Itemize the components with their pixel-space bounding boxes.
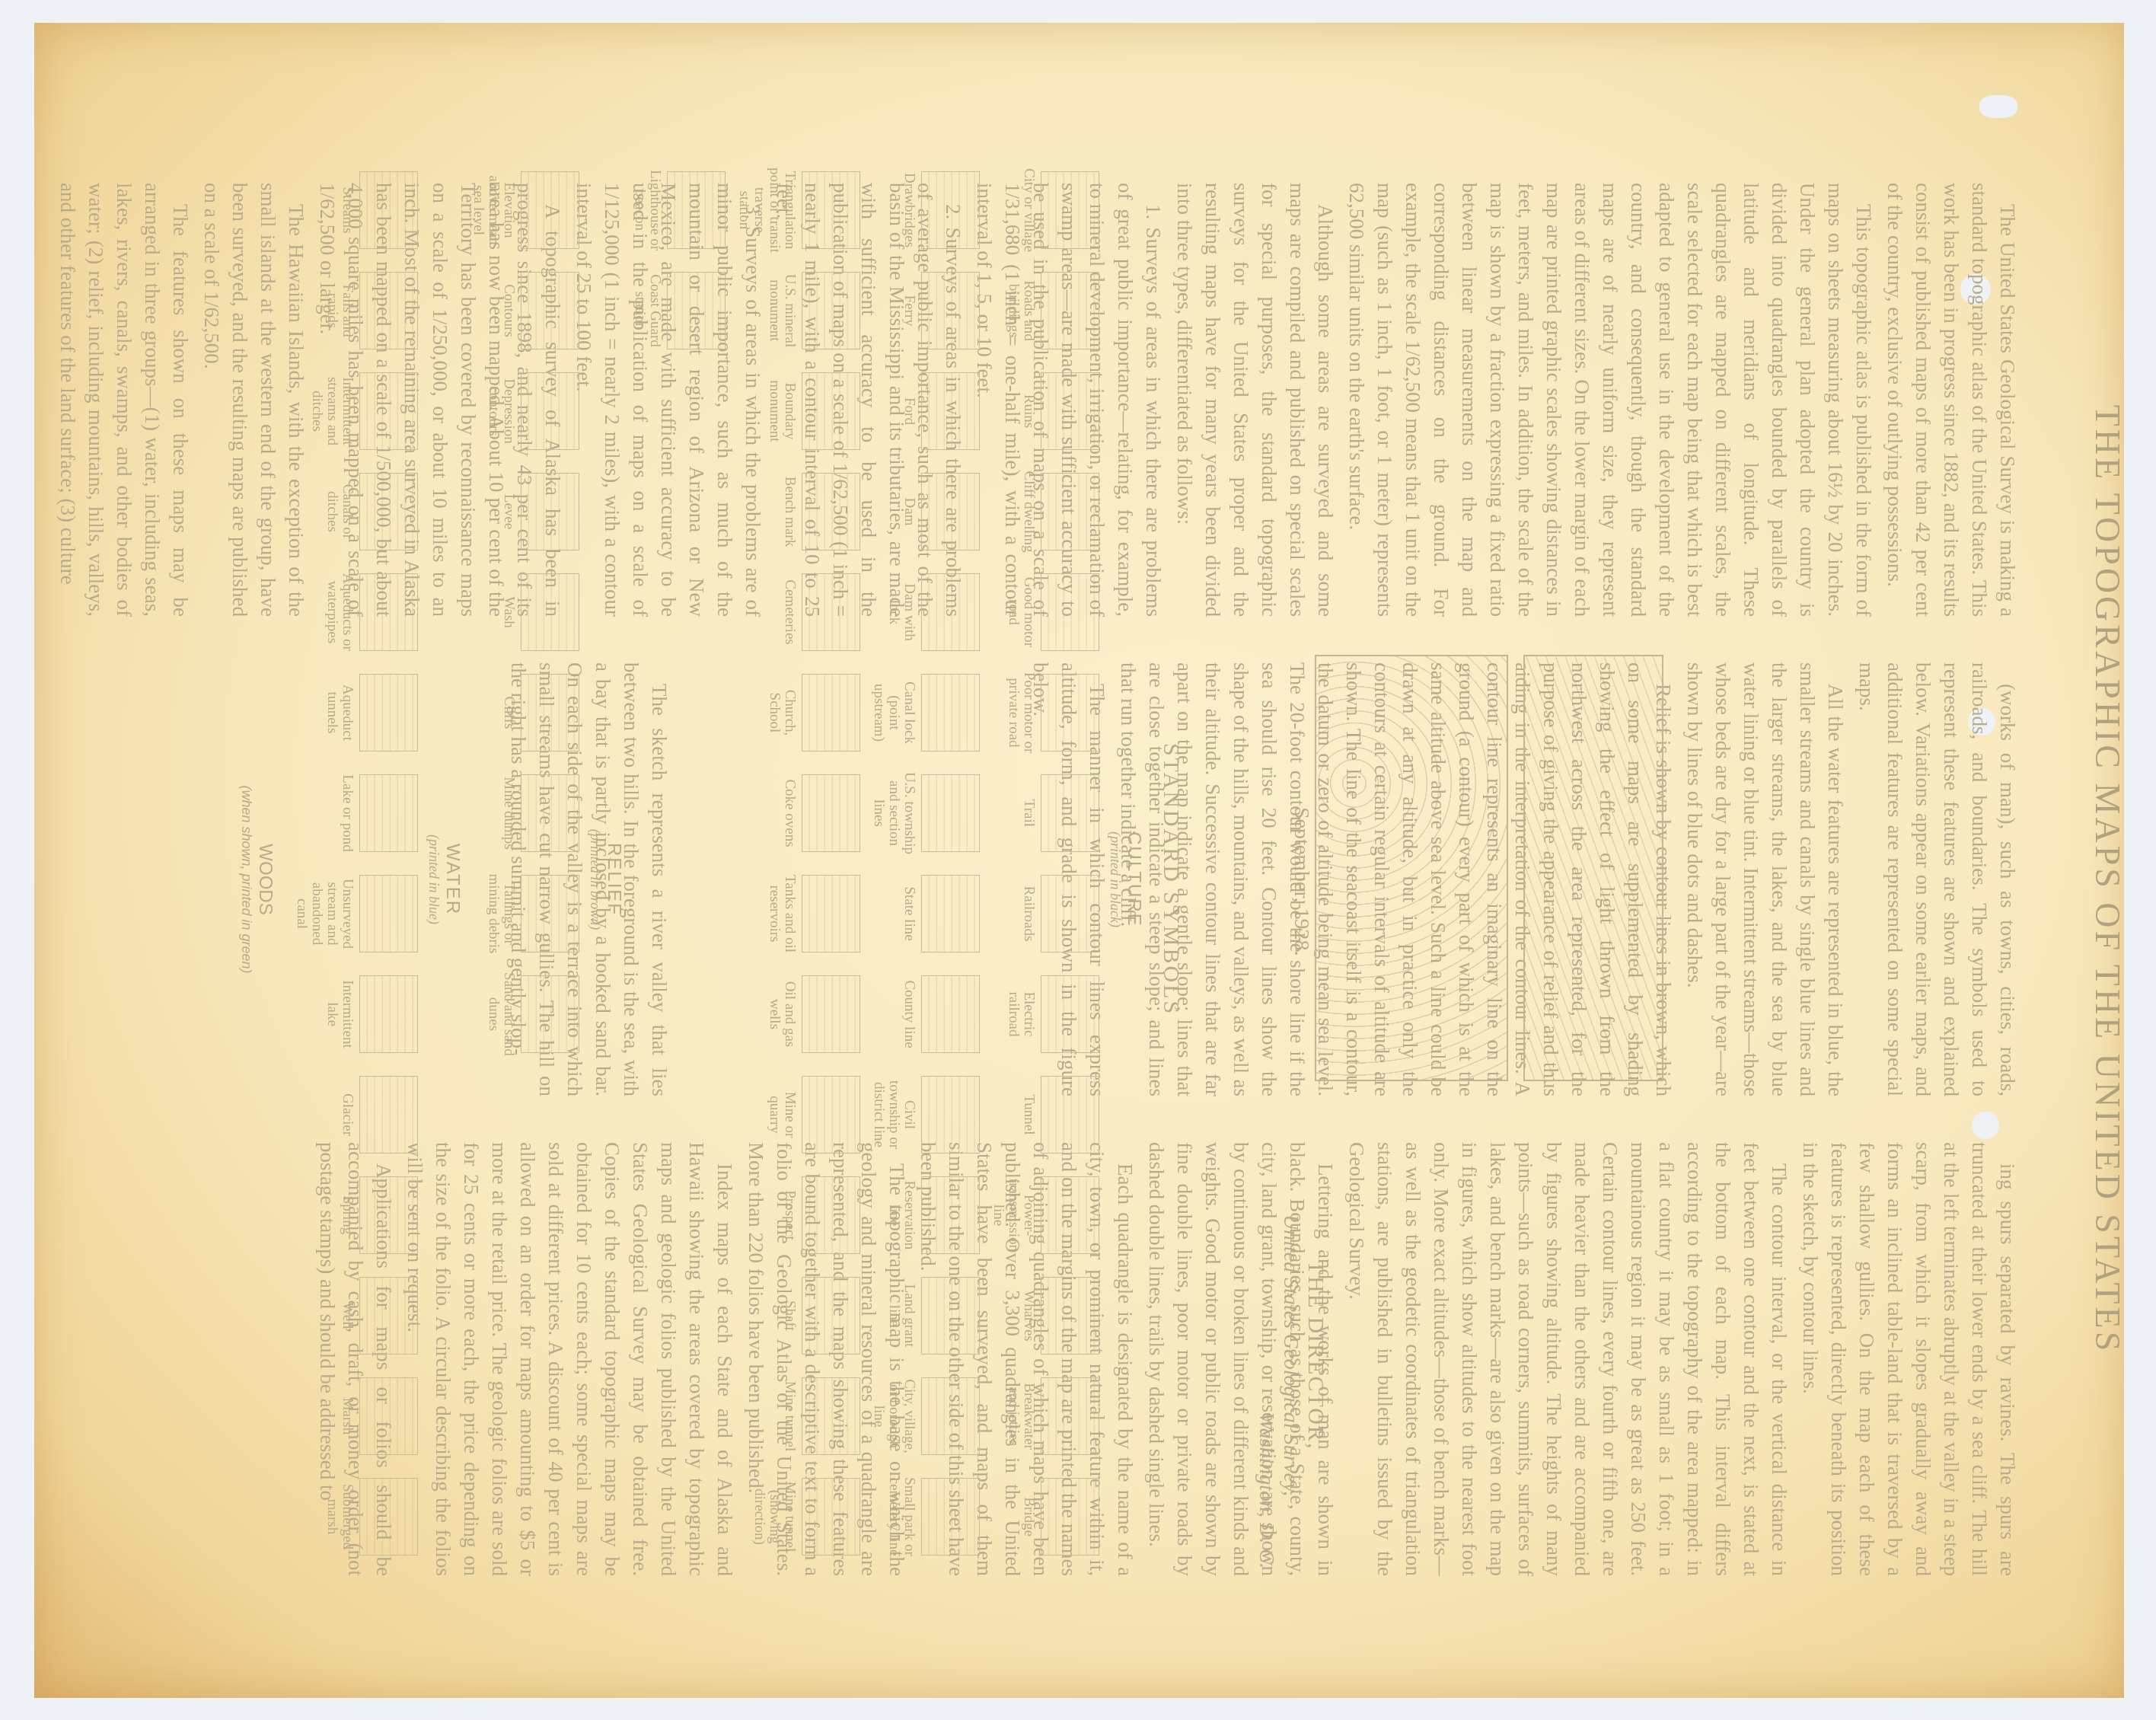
symbol-culture: Mine or quarry bbox=[736, 1072, 860, 1157]
water-symbol-grid: StreamsFalls and rapidsIntermittent stre… bbox=[294, 168, 418, 1591]
signature-agency: United States Geological Survey, bbox=[1278, 1142, 1303, 1568]
symbol-culture: Railroads bbox=[990, 871, 1099, 956]
symbol-sample-icon bbox=[921, 372, 980, 450]
symbol-culture: Dam with lock bbox=[871, 570, 980, 655]
symbol-label: Lighthouse or beacon bbox=[632, 168, 662, 253]
symbol-water: Canals or ditches bbox=[294, 469, 418, 554]
symbol-sample-icon bbox=[921, 473, 980, 550]
symbol-sample-icon bbox=[667, 171, 726, 249]
symbol-sample-icon bbox=[802, 1176, 860, 1254]
culture-heading: CULTURE bbox=[1123, 168, 1144, 1591]
symbol-culture: Bridge bbox=[990, 1474, 1099, 1559]
symbol-label: Good motor road bbox=[1006, 570, 1036, 655]
symbol-relief: Levee bbox=[470, 469, 579, 554]
symbol-sample-icon bbox=[921, 875, 980, 953]
symbol-label: Unsurveyed stream and abandoned canal bbox=[294, 871, 355, 956]
symbol-culture: Boundary monument bbox=[736, 369, 860, 454]
symbol-label: Mine tunnel (showing direction) bbox=[751, 1474, 797, 1559]
symbol-culture: State line bbox=[871, 871, 980, 956]
symbol-culture: Coke ovens bbox=[736, 771, 860, 856]
symbol-label: City or village bbox=[1021, 168, 1036, 253]
symbol-culture: Civil township or district line bbox=[871, 1072, 980, 1157]
symbol-culture: Poor motor or private road bbox=[990, 670, 1099, 755]
symbol-label: Wharves bbox=[1021, 1273, 1036, 1358]
symbol-culture: Wharves bbox=[990, 1273, 1099, 1358]
symbol-label: Prospect bbox=[782, 1173, 797, 1258]
symbol-culture: Breakwater and jetties bbox=[990, 1374, 1099, 1459]
symbol-label: Cliffs bbox=[501, 670, 516, 755]
symbol-label: Tanks and oil reservoirs bbox=[767, 871, 797, 956]
symbol-culture: Mine tunnel bbox=[736, 1374, 860, 1459]
symbol-sample-icon bbox=[921, 272, 980, 349]
symbol-sample-icon bbox=[802, 1377, 860, 1455]
symbol-culture: Reservation line bbox=[871, 1173, 980, 1258]
symbol-sample-icon bbox=[1041, 975, 1099, 1053]
column-3: ing spurs separated by ravines. The spur… bbox=[1222, 1142, 2021, 1576]
symbol-culture: Electric railroad bbox=[990, 972, 1099, 1057]
symbol-culture: City, village, or borough line bbox=[871, 1374, 980, 1459]
signature-addressee: THE DIRECTOR, bbox=[1303, 1142, 1328, 1568]
symbol-water: Unsurveyed stream and abandoned canal bbox=[294, 871, 418, 956]
perspective-sketch bbox=[1523, 655, 1663, 1081]
symbol-label: Church, School bbox=[767, 670, 797, 755]
relief-note: (printed in brown) bbox=[587, 168, 603, 1591]
symbol-sample-icon bbox=[1041, 1076, 1099, 1154]
symbol-sample-icon bbox=[1041, 1176, 1099, 1254]
symbol-water: Streams bbox=[294, 168, 418, 253]
symbol-sample-icon bbox=[921, 674, 980, 752]
symbol-label: Levee bbox=[501, 469, 516, 554]
symbol-sample-icon bbox=[802, 473, 860, 550]
symbol-label: Poor motor or private road bbox=[1006, 670, 1036, 755]
paragraph: This topographic atlas is published in t… bbox=[1342, 183, 1877, 617]
symbol-culture: Prospect bbox=[736, 1173, 860, 1258]
symbol-sample-icon bbox=[802, 674, 860, 752]
symbol-label: Aqueduct tunnels bbox=[324, 670, 355, 755]
symbol-sample-icon bbox=[921, 774, 980, 852]
symbol-sample-icon bbox=[359, 875, 418, 953]
symbol-sample-icon bbox=[521, 674, 579, 752]
symbol-sample-icon bbox=[921, 1176, 980, 1254]
symbol-label: Bridge bbox=[1021, 1474, 1036, 1559]
symbol-label: Sand and sand dunes bbox=[486, 972, 516, 1057]
symbol-sample-icon bbox=[359, 975, 418, 1053]
symbol-label: Trail bbox=[1021, 771, 1036, 856]
symbol-water: Intermittent lake bbox=[294, 972, 418, 1057]
symbol-sample-icon bbox=[359, 1076, 418, 1154]
symbol-label: Elevation above mean sea level bbox=[470, 168, 516, 253]
symbol-label: Bench mark bbox=[782, 469, 797, 554]
symbol-sample-icon bbox=[359, 372, 418, 450]
symbol-label: Streams bbox=[340, 168, 355, 253]
symbol-sample-icon bbox=[802, 573, 860, 651]
symbol-label: Tunnel bbox=[1021, 1072, 1036, 1157]
symbol-relief: Cliffs bbox=[470, 670, 579, 755]
symbol-sample-icon bbox=[1041, 372, 1099, 450]
paragraph: The United States Geological Survey is m… bbox=[1880, 183, 2021, 617]
symbol-relief: Elevation above mean sea level bbox=[470, 168, 579, 253]
symbol-label: Canals or ditches bbox=[324, 469, 355, 554]
symbol-sample-icon bbox=[921, 1076, 980, 1154]
woods-heading: WOODS bbox=[254, 168, 276, 1591]
symbol-sample-icon bbox=[921, 1377, 980, 1455]
symbol-culture: City or village bbox=[990, 168, 1099, 253]
symbol-culture: Drawbridges bbox=[871, 168, 980, 253]
symbol-water: Aqueduct tunnels bbox=[294, 670, 418, 755]
symbol-sample-icon bbox=[1041, 875, 1099, 953]
symbol-sample-icon bbox=[359, 573, 418, 651]
symbol-water: Submerged marsh bbox=[294, 1474, 418, 1559]
rotated-page: THE TOPOGRAPHIC MAPS OF THE UNITED STATE… bbox=[133, 137, 2151, 1622]
symbol-label: Roads and buildings bbox=[1006, 268, 1036, 353]
symbol-sample-icon bbox=[359, 1277, 418, 1355]
symbol-label: Power-transmission line bbox=[990, 1173, 1036, 1258]
symbol-label: Canal lock (point upstream) bbox=[871, 670, 917, 755]
symbol-sample-icon bbox=[1041, 1478, 1099, 1556]
symbol-culture: Trail bbox=[990, 771, 1099, 856]
symbol-label: Lake or pond bbox=[340, 771, 355, 856]
symbol-relief: Tailings or mining debris bbox=[470, 871, 579, 956]
column-1: The United States Geological Survey is m… bbox=[1222, 183, 2021, 617]
culture-symbol-grid: City or villageRoads and buildingsRuinsC… bbox=[632, 168, 1099, 1591]
water-note: (printed in blue) bbox=[426, 168, 442, 1591]
signature-city: Washington, D. C. bbox=[1254, 1142, 1278, 1568]
water-heading: WATER bbox=[442, 168, 463, 1591]
symbol-sample-icon bbox=[802, 975, 860, 1053]
symbol-culture: Ruins bbox=[990, 369, 1099, 454]
symbol-culture: Lighthouse or beacon bbox=[632, 168, 726, 253]
symbol-sample-icon bbox=[359, 1478, 418, 1556]
symbol-label: Aqueducts or waterpipes bbox=[324, 570, 355, 655]
symbol-culture: Coast Guard station bbox=[632, 268, 726, 353]
symbol-label: State line bbox=[901, 871, 917, 956]
symbol-sample-icon bbox=[359, 774, 418, 852]
paragraph: Although some areas are surveyed and som… bbox=[1170, 183, 1339, 617]
symbol-sample-icon bbox=[802, 875, 860, 953]
symbol-sample-icon bbox=[359, 473, 418, 550]
symbol-water: Well bbox=[294, 1273, 418, 1358]
symbol-sample-icon bbox=[1041, 573, 1099, 651]
symbol-label: U.S. township and section lines bbox=[871, 771, 917, 856]
symbol-label: Cliff dwelling bbox=[1021, 469, 1036, 554]
symbol-sample-icon bbox=[359, 171, 418, 249]
symbol-sample-icon bbox=[359, 674, 418, 752]
symbol-label: Land grant line bbox=[886, 1273, 917, 1358]
symbol-sample-icon bbox=[921, 573, 980, 651]
paragraph: (works of man), such as towns, cities, r… bbox=[1852, 662, 2021, 1096]
symbol-relief: Wash bbox=[470, 570, 579, 655]
symbol-label: Spring bbox=[340, 1173, 355, 1258]
symbol-sample-icon bbox=[1041, 473, 1099, 550]
symbol-sample-icon bbox=[521, 774, 579, 852]
symbol-relief: Contours bbox=[470, 268, 579, 353]
symbol-label: Ford bbox=[901, 369, 917, 454]
symbol-sample-icon bbox=[802, 171, 860, 249]
symbol-label: Dam with lock bbox=[886, 570, 917, 655]
symbol-label: Tailings or mining debris bbox=[486, 871, 516, 956]
symbol-label: Cemeteries bbox=[782, 570, 797, 655]
symbol-culture: Canal lock (point upstream) bbox=[871, 670, 980, 755]
symbol-culture: Bench mark bbox=[736, 469, 860, 554]
symbol-label: Railroads bbox=[1021, 871, 1036, 956]
symbol-culture: Tanks and oil reservoirs bbox=[736, 871, 860, 956]
symbol-sample-icon bbox=[802, 1277, 860, 1355]
symbol-water: Marsh bbox=[294, 1374, 418, 1459]
symbol-sample-icon bbox=[1041, 1377, 1099, 1455]
symbol-label: Glacier bbox=[340, 1072, 355, 1157]
symbol-sample-icon bbox=[359, 1377, 418, 1455]
symbol-sample-icon bbox=[1041, 272, 1099, 349]
symbol-sample-icon bbox=[521, 473, 579, 550]
symbol-sample-icon bbox=[921, 975, 980, 1053]
symbol-label: Falls and rapids bbox=[324, 268, 355, 353]
symbol-label: U.S. mineral monument bbox=[767, 268, 797, 353]
symbol-sample-icon bbox=[921, 1478, 980, 1556]
symbol-water: Intermittent streams and ditches bbox=[294, 369, 418, 454]
symbol-culture: U.S. township and section lines bbox=[871, 771, 980, 856]
symbols-title: STANDARD SYMBOLS bbox=[1158, 168, 1184, 1591]
symbol-sample-icon bbox=[667, 272, 726, 349]
symbol-culture: Land grant line bbox=[871, 1273, 980, 1358]
symbol-label: City, village, or borough line bbox=[871, 1374, 917, 1459]
symbol-sample-icon bbox=[521, 372, 579, 450]
symbol-label: Drawbridges bbox=[901, 168, 917, 253]
symbol-label: Intermittent streams and ditches bbox=[309, 369, 355, 454]
woods-legend: WOODS (when shown, printed in green) bbox=[238, 168, 276, 1591]
symbol-water: Falls and rapids bbox=[294, 268, 418, 353]
symbol-culture: Dam bbox=[871, 469, 980, 554]
symbol-sample-icon bbox=[521, 573, 579, 651]
symbol-label: Shaft bbox=[782, 1273, 797, 1358]
symbol-water: Glacier bbox=[294, 1072, 418, 1157]
symbol-sample-icon bbox=[1041, 774, 1099, 852]
symbol-culture: Power-transmission line bbox=[990, 1173, 1099, 1258]
symbol-sample-icon bbox=[802, 774, 860, 852]
symbol-sample-icon bbox=[521, 975, 579, 1053]
symbol-label: Boundary monument bbox=[767, 369, 797, 454]
symbol-label: Marsh bbox=[340, 1374, 355, 1459]
symbol-label: Depression contours bbox=[486, 369, 516, 454]
symbol-sample-icon bbox=[1041, 674, 1099, 752]
symbol-relief: Sand and sand dunes bbox=[470, 972, 579, 1057]
symbol-culture: Cemeteries bbox=[736, 570, 860, 655]
symbol-label: Ferry bbox=[901, 268, 917, 353]
symbol-sample-icon bbox=[1041, 171, 1099, 249]
symbol-culture: Triangulation point or transit traverse … bbox=[736, 168, 860, 253]
symbol-label: Mine dumps bbox=[501, 771, 516, 856]
symbol-water: Lake or pond bbox=[294, 771, 418, 856]
symbol-culture: Shaft bbox=[736, 1273, 860, 1358]
symbol-culture: Good motor road bbox=[990, 570, 1099, 655]
symbol-label: Small park or cemetery line bbox=[886, 1474, 917, 1559]
symbol-sample-icon bbox=[359, 1176, 418, 1254]
symbol-culture: U.S. mineral monument bbox=[736, 268, 860, 353]
symbol-culture: Mine tunnel (showing direction) bbox=[736, 1474, 860, 1559]
relief-symbol-grid: Elevation above mean sea levelContoursDe… bbox=[470, 168, 579, 1591]
symbol-culture: Small park or cemetery line bbox=[871, 1474, 980, 1559]
symbol-culture: County line bbox=[871, 972, 980, 1057]
symbol-relief: Mine dumps bbox=[470, 771, 579, 856]
symbol-label: Dam bbox=[901, 469, 917, 554]
symbol-sample-icon bbox=[802, 372, 860, 450]
symbol-label: Ruins bbox=[1021, 369, 1036, 454]
symbol-sample-icon bbox=[521, 875, 579, 953]
symbol-culture: Church, School bbox=[736, 670, 860, 755]
paragraph: ing spurs separated by ravines. The spur… bbox=[1796, 1142, 2021, 1576]
symbol-label: Civil township or district line bbox=[871, 1072, 917, 1157]
woods-note: (when shown, printed in green) bbox=[238, 168, 254, 1591]
symbol-sample-icon bbox=[521, 272, 579, 349]
symbol-sample-icon bbox=[521, 171, 579, 249]
symbol-label: Intermittent lake bbox=[324, 972, 355, 1057]
symbol-label: Electric railroad bbox=[1006, 972, 1036, 1057]
symbol-label: Coast Guard station bbox=[632, 268, 662, 353]
torn-hole bbox=[1979, 95, 2017, 118]
standard-symbols: STANDARD SYMBOLS CULTURE (printed in bla… bbox=[231, 168, 1184, 1591]
paragraph: All the water features are represented i… bbox=[1680, 662, 1849, 1096]
paragraph: The features shown on these maps may be … bbox=[53, 183, 194, 617]
page-title: THE TOPOGRAPHIC MAPS OF THE UNITED STATE… bbox=[2087, 137, 2128, 1622]
signature-block: THE DIRECTOR, United States Geological S… bbox=[1254, 1142, 1328, 1568]
symbol-water: Spring bbox=[294, 1173, 418, 1258]
symbol-label: Contours bbox=[501, 268, 516, 353]
symbol-label: County line bbox=[901, 972, 917, 1057]
symbol-relief: Depression contours bbox=[470, 369, 579, 454]
symbol-label: Oil and gas wells bbox=[767, 972, 797, 1057]
symbol-culture: Roads and buildings bbox=[990, 268, 1099, 353]
symbol-label: Well bbox=[340, 1273, 355, 1358]
symbol-culture: Cliff dwelling bbox=[990, 469, 1099, 554]
symbol-label: Mine or quarry bbox=[767, 1072, 797, 1157]
relief-heading: RELIEF bbox=[603, 168, 624, 1591]
symbol-sample-icon bbox=[921, 171, 980, 249]
symbol-sample-icon bbox=[359, 272, 418, 349]
culture-note: (printed in black) bbox=[1107, 168, 1123, 1591]
symbol-label: Triangulation point or transit traverse … bbox=[736, 168, 797, 253]
symbol-label: Wash bbox=[501, 570, 516, 655]
symbol-label: Coke ovens bbox=[782, 771, 797, 856]
symbol-sample-icon bbox=[802, 1478, 860, 1556]
symbol-culture: Tunnel bbox=[990, 1072, 1099, 1157]
date: September, 1928. bbox=[1289, 807, 1313, 956]
symbol-label: Reservation line bbox=[886, 1173, 917, 1258]
symbol-sample-icon bbox=[802, 1076, 860, 1154]
symbol-sample-icon bbox=[802, 272, 860, 349]
symbol-culture: Oil and gas wells bbox=[736, 972, 860, 1057]
symbol-culture: Ford bbox=[871, 369, 980, 454]
symbol-label: Submerged marsh bbox=[324, 1474, 355, 1559]
contour-figure bbox=[1300, 655, 1663, 1081]
symbol-label: Breakwater and jetties bbox=[1006, 1374, 1036, 1459]
symbol-water: Aqueducts or waterpipes bbox=[294, 570, 418, 655]
symbol-culture: Ferry bbox=[871, 268, 980, 353]
paragraph: The contour interval, or the vertical di… bbox=[1342, 1142, 1793, 1576]
scanned-sheet: THE TOPOGRAPHIC MAPS OF THE UNITED STATE… bbox=[34, 23, 2124, 1698]
symbol-sample-icon bbox=[1041, 1277, 1099, 1355]
symbol-sample-icon bbox=[921, 1277, 980, 1355]
symbol-label: Mine tunnel bbox=[782, 1374, 797, 1459]
contour-map-sketch bbox=[1315, 655, 1508, 1081]
